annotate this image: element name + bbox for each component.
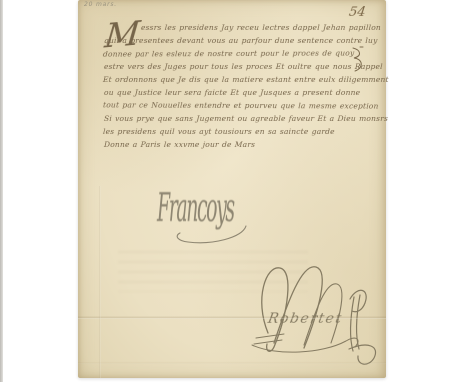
letter-line: Donne a Paris le xxvme jour de Mars	[104, 138, 382, 151]
letter-line: tout par ce Nouuelles entendre et pourve…	[103, 98, 382, 112]
manuscript-paper: 20 mars. 54 M essrs les presidens Jay re…	[78, 0, 386, 378]
archival-pencil-note: 20 mars.	[84, 1, 117, 8]
letter-line: Si vous prye que sans Jugement ou agreab…	[104, 112, 382, 125]
scan-edge-strip	[0, 0, 3, 382]
fold-crease-horizontal	[78, 316, 386, 319]
letter-line: les presidens quil vous ayt tousiours en…	[103, 125, 382, 138]
scanned-letter-page: 20 mars. 54 M essrs les presidens Jay re…	[0, 0, 468, 382]
letter-line: essrs les presidens Jay receu lectres da…	[141, 21, 382, 34]
letter-line: ou que Justice leur sera faicte Et que J…	[104, 86, 382, 99]
fold-crease-vertical	[99, 186, 101, 378]
margin-paraph-flourish	[350, 46, 366, 76]
fold-crease-horizontal-lower	[78, 362, 386, 364]
letter-line: estre vers des Juges pour tous les proce…	[104, 60, 382, 73]
king-signature-swash-flourish	[166, 224, 258, 248]
letter-line: Et ordonnons que Je dis que la matiere e…	[103, 73, 382, 86]
letter-body: M essrs les presidens Jay receu lectres …	[103, 21, 381, 151]
secretary-countersignature: Robertet	[267, 311, 344, 327]
letter-line: donnee par les esleuz de nostre court po…	[103, 46, 382, 60]
folio-number: 54	[348, 5, 367, 20]
letter-line: quil a presentees devant vous au parfour…	[104, 34, 382, 47]
